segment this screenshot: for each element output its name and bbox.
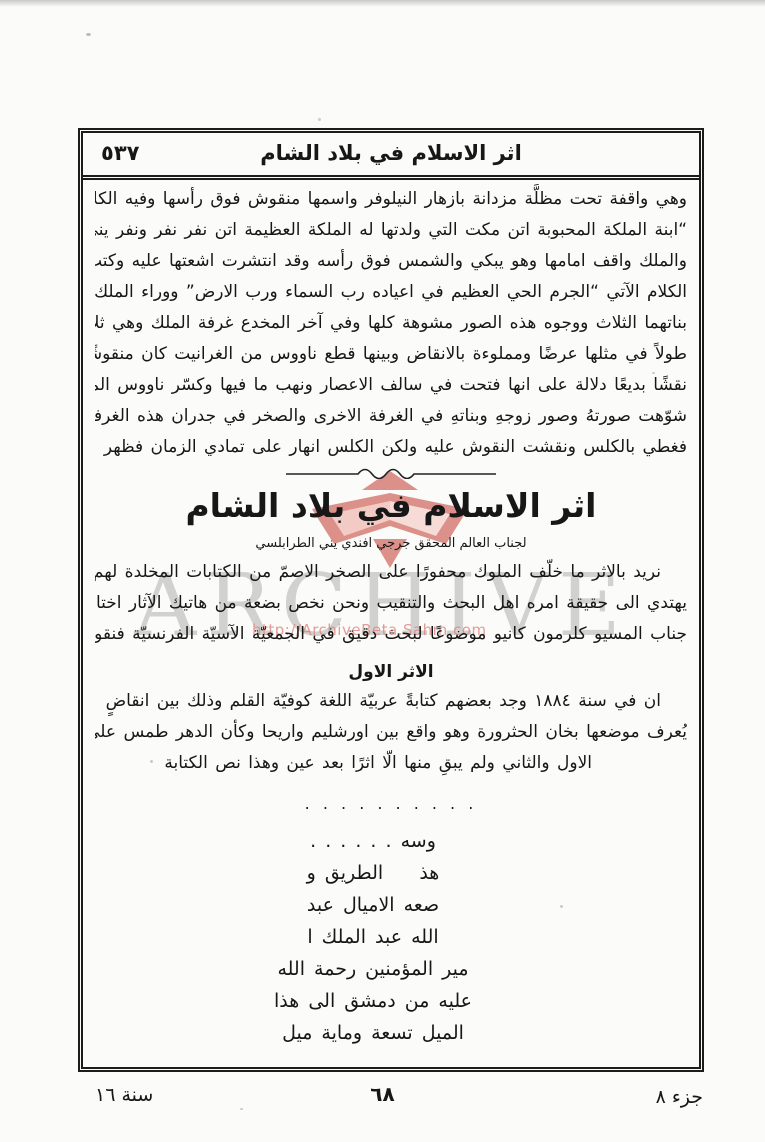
article-byline: لجناب العالم المحقق جرجي افندي يني الطرا…	[95, 535, 687, 553]
paragraph-1: وهي واقفة تحت مظلَّة مزدانة بازهار النيل…	[95, 184, 687, 463]
running-title: اثر الاسلام في بلاد الشام	[83, 141, 699, 165]
page-content: وهي واقفة تحت مظلَّة مزدانة بازهار النيل…	[83, 180, 699, 1049]
ink-speck	[560, 905, 563, 908]
inscription-line: الله عبد الملك ا	[77, 921, 669, 953]
text-line: يُعرف موضعها بخان الحثرورة وهو واقع بين …	[95, 717, 687, 748]
ink-speck	[150, 760, 153, 763]
paragraph-2: نريد بالاثر ما خلّف الملوك محفورًا على ا…	[95, 557, 687, 650]
inscription-line: وسه . . . . . .	[77, 825, 669, 857]
scan-edge-band	[0, 0, 765, 7]
footer-page-number: ٦٨	[0, 1082, 765, 1106]
text-line: نقشًا بديعًا دلالة على انها فتحت في سالف…	[95, 370, 687, 401]
text-line: ان في سنة ١٨٨٤ وجد بعضهم كتابةً عربيّة ا…	[95, 686, 687, 717]
subsection-heading: الاثر الاول	[95, 658, 687, 686]
footer-part-number: جزء ٨	[656, 1086, 703, 1108]
inscription-line: عليه من دمشق الى هذا	[77, 985, 669, 1017]
page-header: ٥٣٧ اثر الاسلام في بلاد الشام	[83, 133, 699, 180]
ornament-divider	[95, 467, 687, 479]
ink-speck	[318, 118, 321, 121]
ink-speck	[86, 33, 91, 36]
ink-speck	[240, 1108, 243, 1110]
text-line: يهتدي الى حقيقة امره اهل البحث والتنقيب …	[95, 588, 687, 619]
text-line: وهي واقفة تحت مظلَّة مزدانة بازهار النيل…	[95, 184, 687, 215]
ellipsis-row: . . . . . . . . . .	[95, 793, 687, 815]
ink-speck	[652, 372, 655, 374]
page-frame: ٥٣٧ اثر الاسلام في بلاد الشام وهي واقفة …	[78, 128, 704, 1072]
divider-squiggle-icon	[286, 467, 496, 479]
inscription-line: صعه الاميال عبد	[77, 889, 669, 921]
scanned-book-page: { "header": { "page_number": "٥٣٧", "tit…	[0, 0, 765, 1142]
paragraph-3: ان في سنة ١٨٨٤ وجد بعضهم كتابةً عربيّة ا…	[95, 686, 687, 779]
text-line: الاول والثاني ولم يبقِ منها الّا اثرًا ب…	[95, 748, 687, 779]
text-line: الكلام الآتي “الجرم الحي العظيم في اعياد…	[95, 277, 687, 308]
article-title: اثر الاسلام في بلاد الشام	[95, 481, 687, 531]
inscription-line: هذ الطريق و	[77, 857, 669, 889]
inscription-line: مير المؤمنين رحمة الله	[77, 953, 669, 985]
inscription-block: وسه . . . . . . هذ الطريق و صعه الاميال …	[77, 825, 669, 1049]
text-line: شوّهت صورتهُ وصور زوجهِ وبناتهِ في الغرف…	[95, 401, 687, 432]
text-line: طولاً في مثلها عرضًا ومملوءة بالانقاض وب…	[95, 339, 687, 370]
inscription-line: الميل تسعة وماية ميل	[77, 1017, 669, 1049]
text-line: بناتهما الثلاث ووجوه هذه الصور مشوهة كله…	[95, 308, 687, 339]
text-line: نريد بالاثر ما خلّف الملوك محفورًا على ا…	[95, 557, 687, 588]
text-line: فغطي بالكلس ونقشت النقوش عليه ولكن الكلس…	[95, 432, 687, 463]
text-line: “ابنة الملكة المحبوبة اتن مكت التي ولدته…	[95, 215, 687, 246]
text-line: والملك واقف امامها وهو يبكي والشمس فوق ر…	[95, 246, 687, 277]
text-line: جناب المسيو كلرمون كانيو موضوعًا لبحث دق…	[95, 619, 687, 650]
